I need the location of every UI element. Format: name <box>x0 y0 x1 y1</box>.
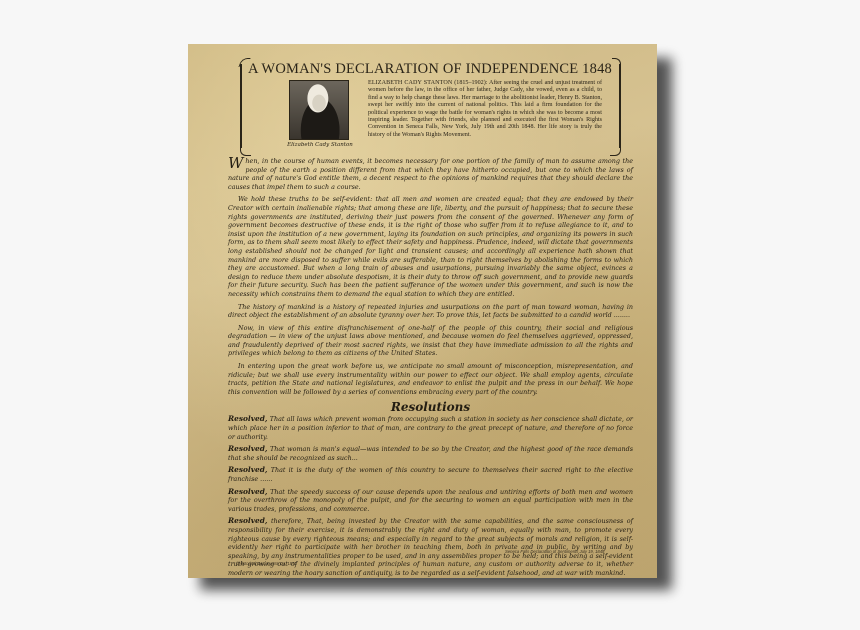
resolution: Resolved, That it is the duty of the wom… <box>228 466 633 483</box>
resolution-keyword: Resolved, <box>228 444 267 453</box>
resolution-text: That the speedy success of our cause dep… <box>228 488 633 513</box>
drop-cap: W <box>228 158 243 168</box>
resolution: Resolved, therefore, That, being investe… <box>228 517 633 577</box>
resolution-keyword: Resolved, <box>228 414 267 423</box>
resolution-text: That woman is man's equal—was intended t… <box>228 445 633 462</box>
bio-body: After seeing the cruel and unjust treatm… <box>368 80 602 138</box>
resolution-text: therefore, That, being invested by the C… <box>228 517 633 577</box>
portrait-signature: Elizabeth Cady Stanton <box>280 142 360 148</box>
resolution: Resolved, That woman is man's equal—was … <box>228 445 633 462</box>
resolution-text: That it is the duty of the women of this… <box>228 466 633 483</box>
copyright-notice: ©Historical Documents Co. 1973 <box>236 561 297 566</box>
paragraph: The history of mankind is a history of r… <box>228 303 633 320</box>
resolution: Resolved, That all laws which prevent wo… <box>228 415 633 441</box>
paragraph-text: hen, in the course of human events, it b… <box>228 157 633 191</box>
biography-text: ELIZABETH CADY STANTON (1815–1902): Afte… <box>368 80 602 139</box>
declaration-body: When, in the course of human events, it … <box>228 157 633 578</box>
source-caption: Seneca Falls Declaration of Sentiments J… <box>505 549 604 554</box>
portrait-image <box>289 80 349 140</box>
paragraph: When, in the course of human events, it … <box>228 157 633 191</box>
paragraph: In entering upon the great work before u… <box>228 362 633 396</box>
bio-years: (1815–1902): <box>454 80 487 86</box>
resolution: Resolved, That the speedy success of our… <box>228 488 633 514</box>
resolutions-heading: Resolutions <box>228 400 633 414</box>
paragraph: We hold these truths to be self-evident:… <box>228 195 633 298</box>
resolution-text: That all laws which prevent woman from o… <box>228 415 633 440</box>
resolution-keyword: Resolved, <box>228 487 267 496</box>
document-title: A WOMAN'S DECLARATION OF INDEPENDENCE 18… <box>248 61 618 78</box>
document-sheet: A WOMAN'S DECLARATION OF INDEPENDENCE 18… <box>188 44 657 578</box>
header-bracket-left <box>240 64 248 148</box>
paragraph: Now, in view of this entire disfranchise… <box>228 324 633 358</box>
resolution-keyword: Resolved, <box>228 465 267 474</box>
resolution-keyword: Resolved, <box>228 516 267 525</box>
bio-name: ELIZABETH CADY STANTON <box>368 80 452 86</box>
